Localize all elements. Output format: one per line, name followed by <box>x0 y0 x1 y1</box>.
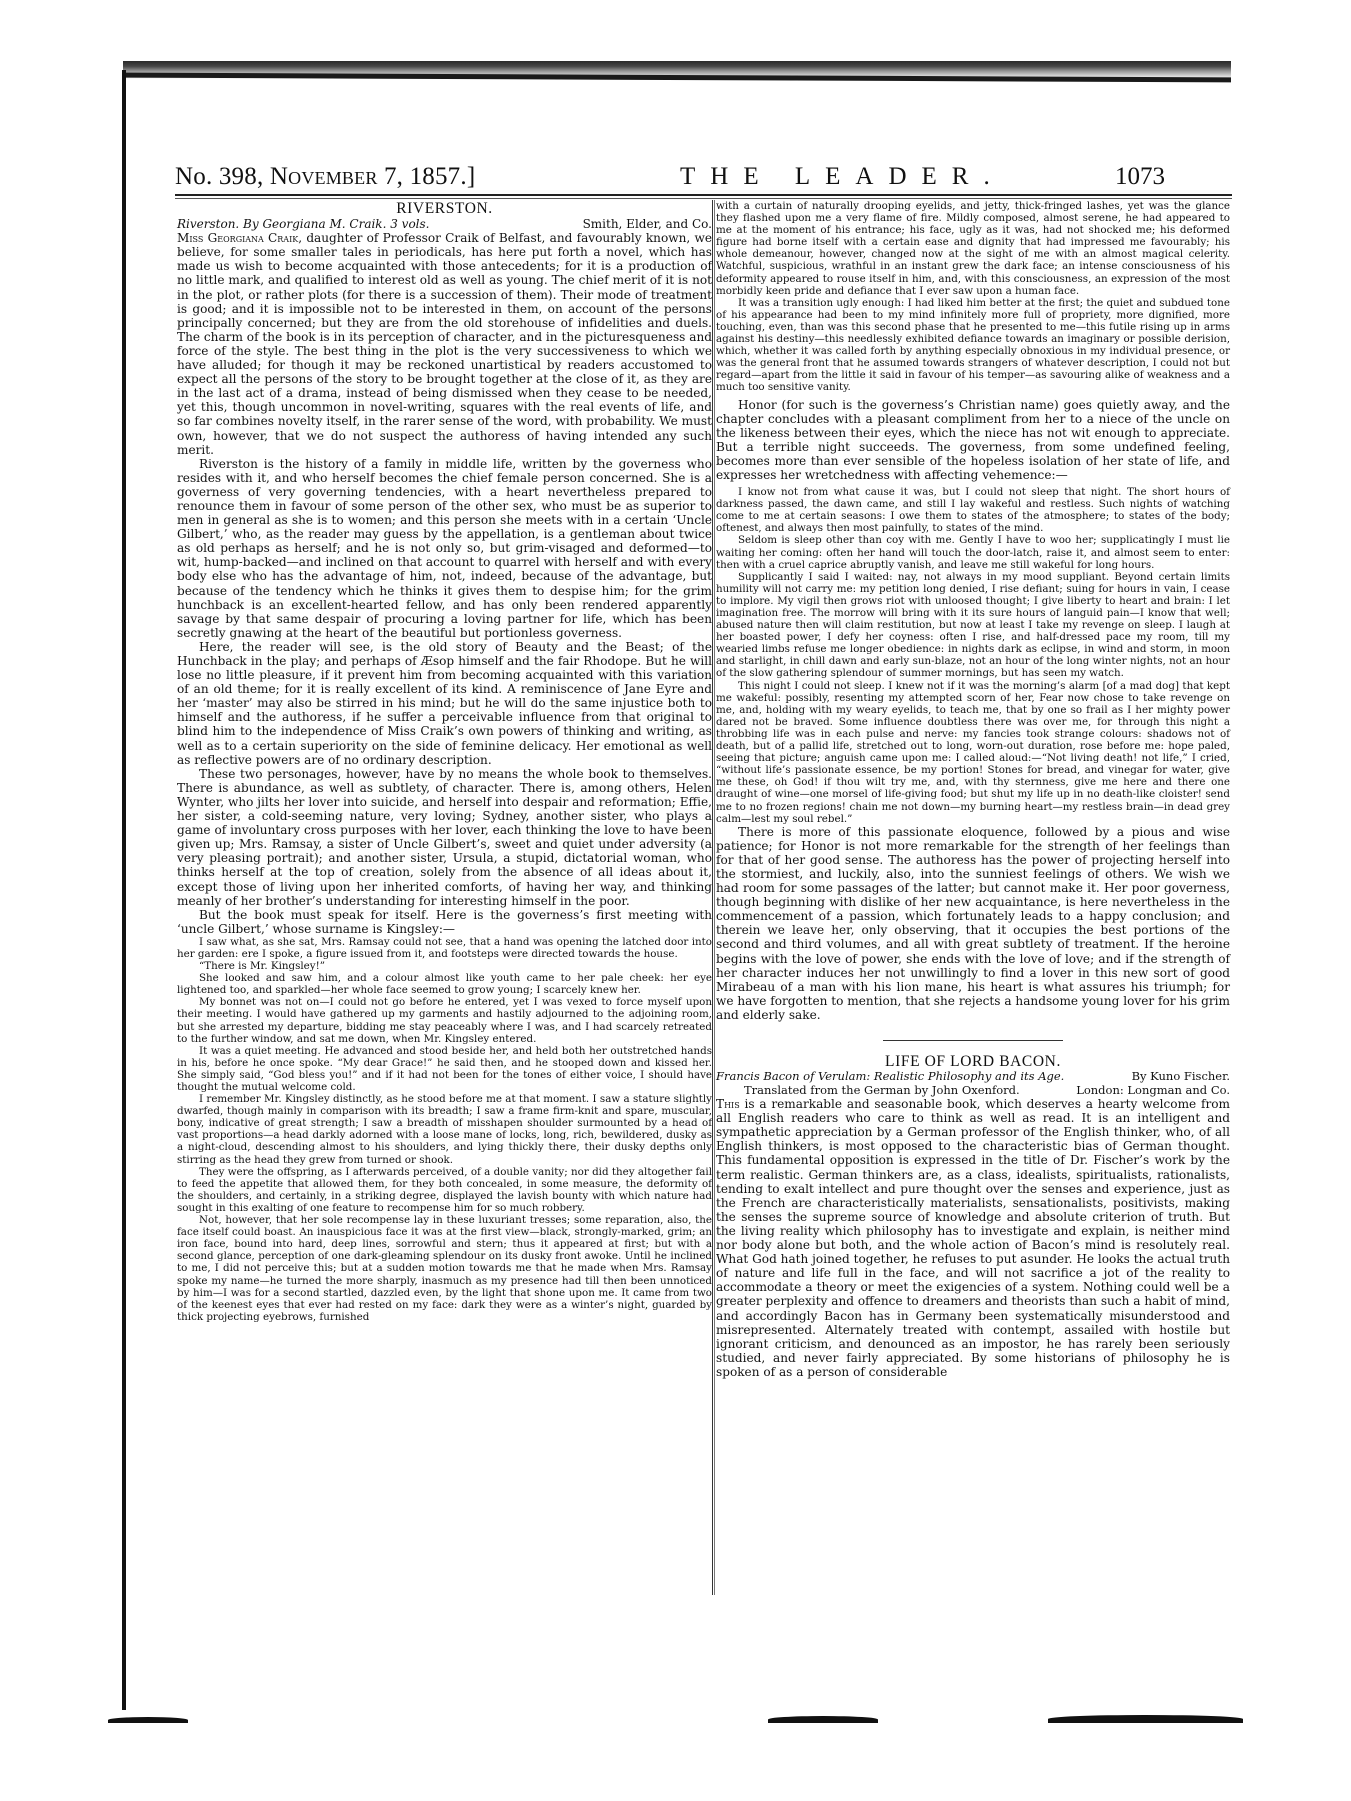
quote-paragraph: This night I could not sleep. I knew not… <box>716 680 1230 825</box>
quote-paragraph: with a curtain of naturally drooping eye… <box>716 200 1230 297</box>
quote-paragraph: Seldom is sleep other than coy with me. … <box>716 534 1230 570</box>
page-number: 1073 <box>1115 163 1165 191</box>
byline-translator: Translated from the German by John Oxenf… <box>744 1084 1020 1098</box>
column-left: RIVERSTON. Riverston. By Georgiana M. Cr… <box>177 200 712 1323</box>
newspaper-title: THE LEADER. <box>680 163 1005 191</box>
byline-publisher: London: Longman and Co. <box>1076 1084 1230 1098</box>
article-byline: Riverston. By Georgiana M. Craik. 3 vols… <box>177 217 712 231</box>
quote-paragraph: It was a quiet meeting. He advanced and … <box>177 1045 712 1093</box>
article-paragraph: This is a remarkable and seasonable book… <box>716 1097 1230 1379</box>
article-byline: Francis Bacon of Verulam: Realistic Phil… <box>716 1070 1230 1097</box>
byline-author: By Kuno Fischer. <box>1132 1070 1230 1084</box>
issue-info: No. 398, November 7, 1857.] <box>175 163 475 191</box>
quote-paragraph: “There is Mr. Kingsley!” <box>177 960 712 972</box>
header-rule <box>175 194 1232 196</box>
block-quote: I saw what, as she sat, Mrs. Ramsay coul… <box>177 936 712 1323</box>
quote-paragraph: I saw what, as she sat, Mrs. Ramsay coul… <box>177 936 712 960</box>
header-rule-thin <box>175 198 1232 199</box>
article-separator <box>883 1040 1063 1041</box>
article-paragraph: These two personages, however, have by n… <box>177 767 712 908</box>
article-paragraph: There is more of this passionate eloquen… <box>716 825 1230 1022</box>
scan-edge-bottom <box>108 1713 1242 1723</box>
article-title-bacon: LIFE OF LORD BACON. <box>716 1055 1230 1069</box>
quote-paragraph: She looked and saw him, and a colour alm… <box>177 972 712 996</box>
block-quote-continued: with a curtain of naturally drooping eye… <box>716 200 1230 394</box>
article-paragraph: Honor (for such is the governess’s Chris… <box>716 398 1230 483</box>
byline-book: Francis Bacon of Verulam: Realistic Phil… <box>716 1070 1064 1084</box>
quote-paragraph: I remember Mr. Kingsley distinctly, as h… <box>177 1093 712 1166</box>
column-right: with a curtain of naturally drooping eye… <box>716 200 1230 1379</box>
quote-paragraph: Not, however, that her sole recompense l… <box>177 1214 712 1323</box>
quote-paragraph: They were the offspring, as I afterwards… <box>177 1166 712 1214</box>
quote-paragraph: My bonnet was not on—I could not go befo… <box>177 996 712 1044</box>
byline-book: Riverston. By Georgiana M. Craik. 3 vols… <box>177 217 429 231</box>
article-title-riverston: RIVERSTON. <box>177 202 712 216</box>
article-paragraph: Miss Georgiana Craik, daughter of Profes… <box>177 231 712 457</box>
article-paragraph: But the book must speak for itself. Here… <box>177 908 712 936</box>
quote-paragraph: Supplicantly I said I waited: nay, not a… <box>716 571 1230 680</box>
article-paragraph: Riverston is the history of a family in … <box>177 457 712 640</box>
article-paragraph: Here, the reader will see, is the old st… <box>177 640 712 767</box>
quote-paragraph: I know not from what cause it was, but I… <box>716 486 1230 534</box>
column-divider-thin <box>714 200 715 1595</box>
block-quote-night: I know not from what cause it was, but I… <box>716 486 1230 825</box>
scan-edge-left <box>122 70 126 1710</box>
column-divider <box>712 200 713 1595</box>
quote-paragraph: It was a transition ugly enough: I had l… <box>716 297 1230 394</box>
byline-publisher: Smith, Elder, and Co. <box>583 217 712 231</box>
